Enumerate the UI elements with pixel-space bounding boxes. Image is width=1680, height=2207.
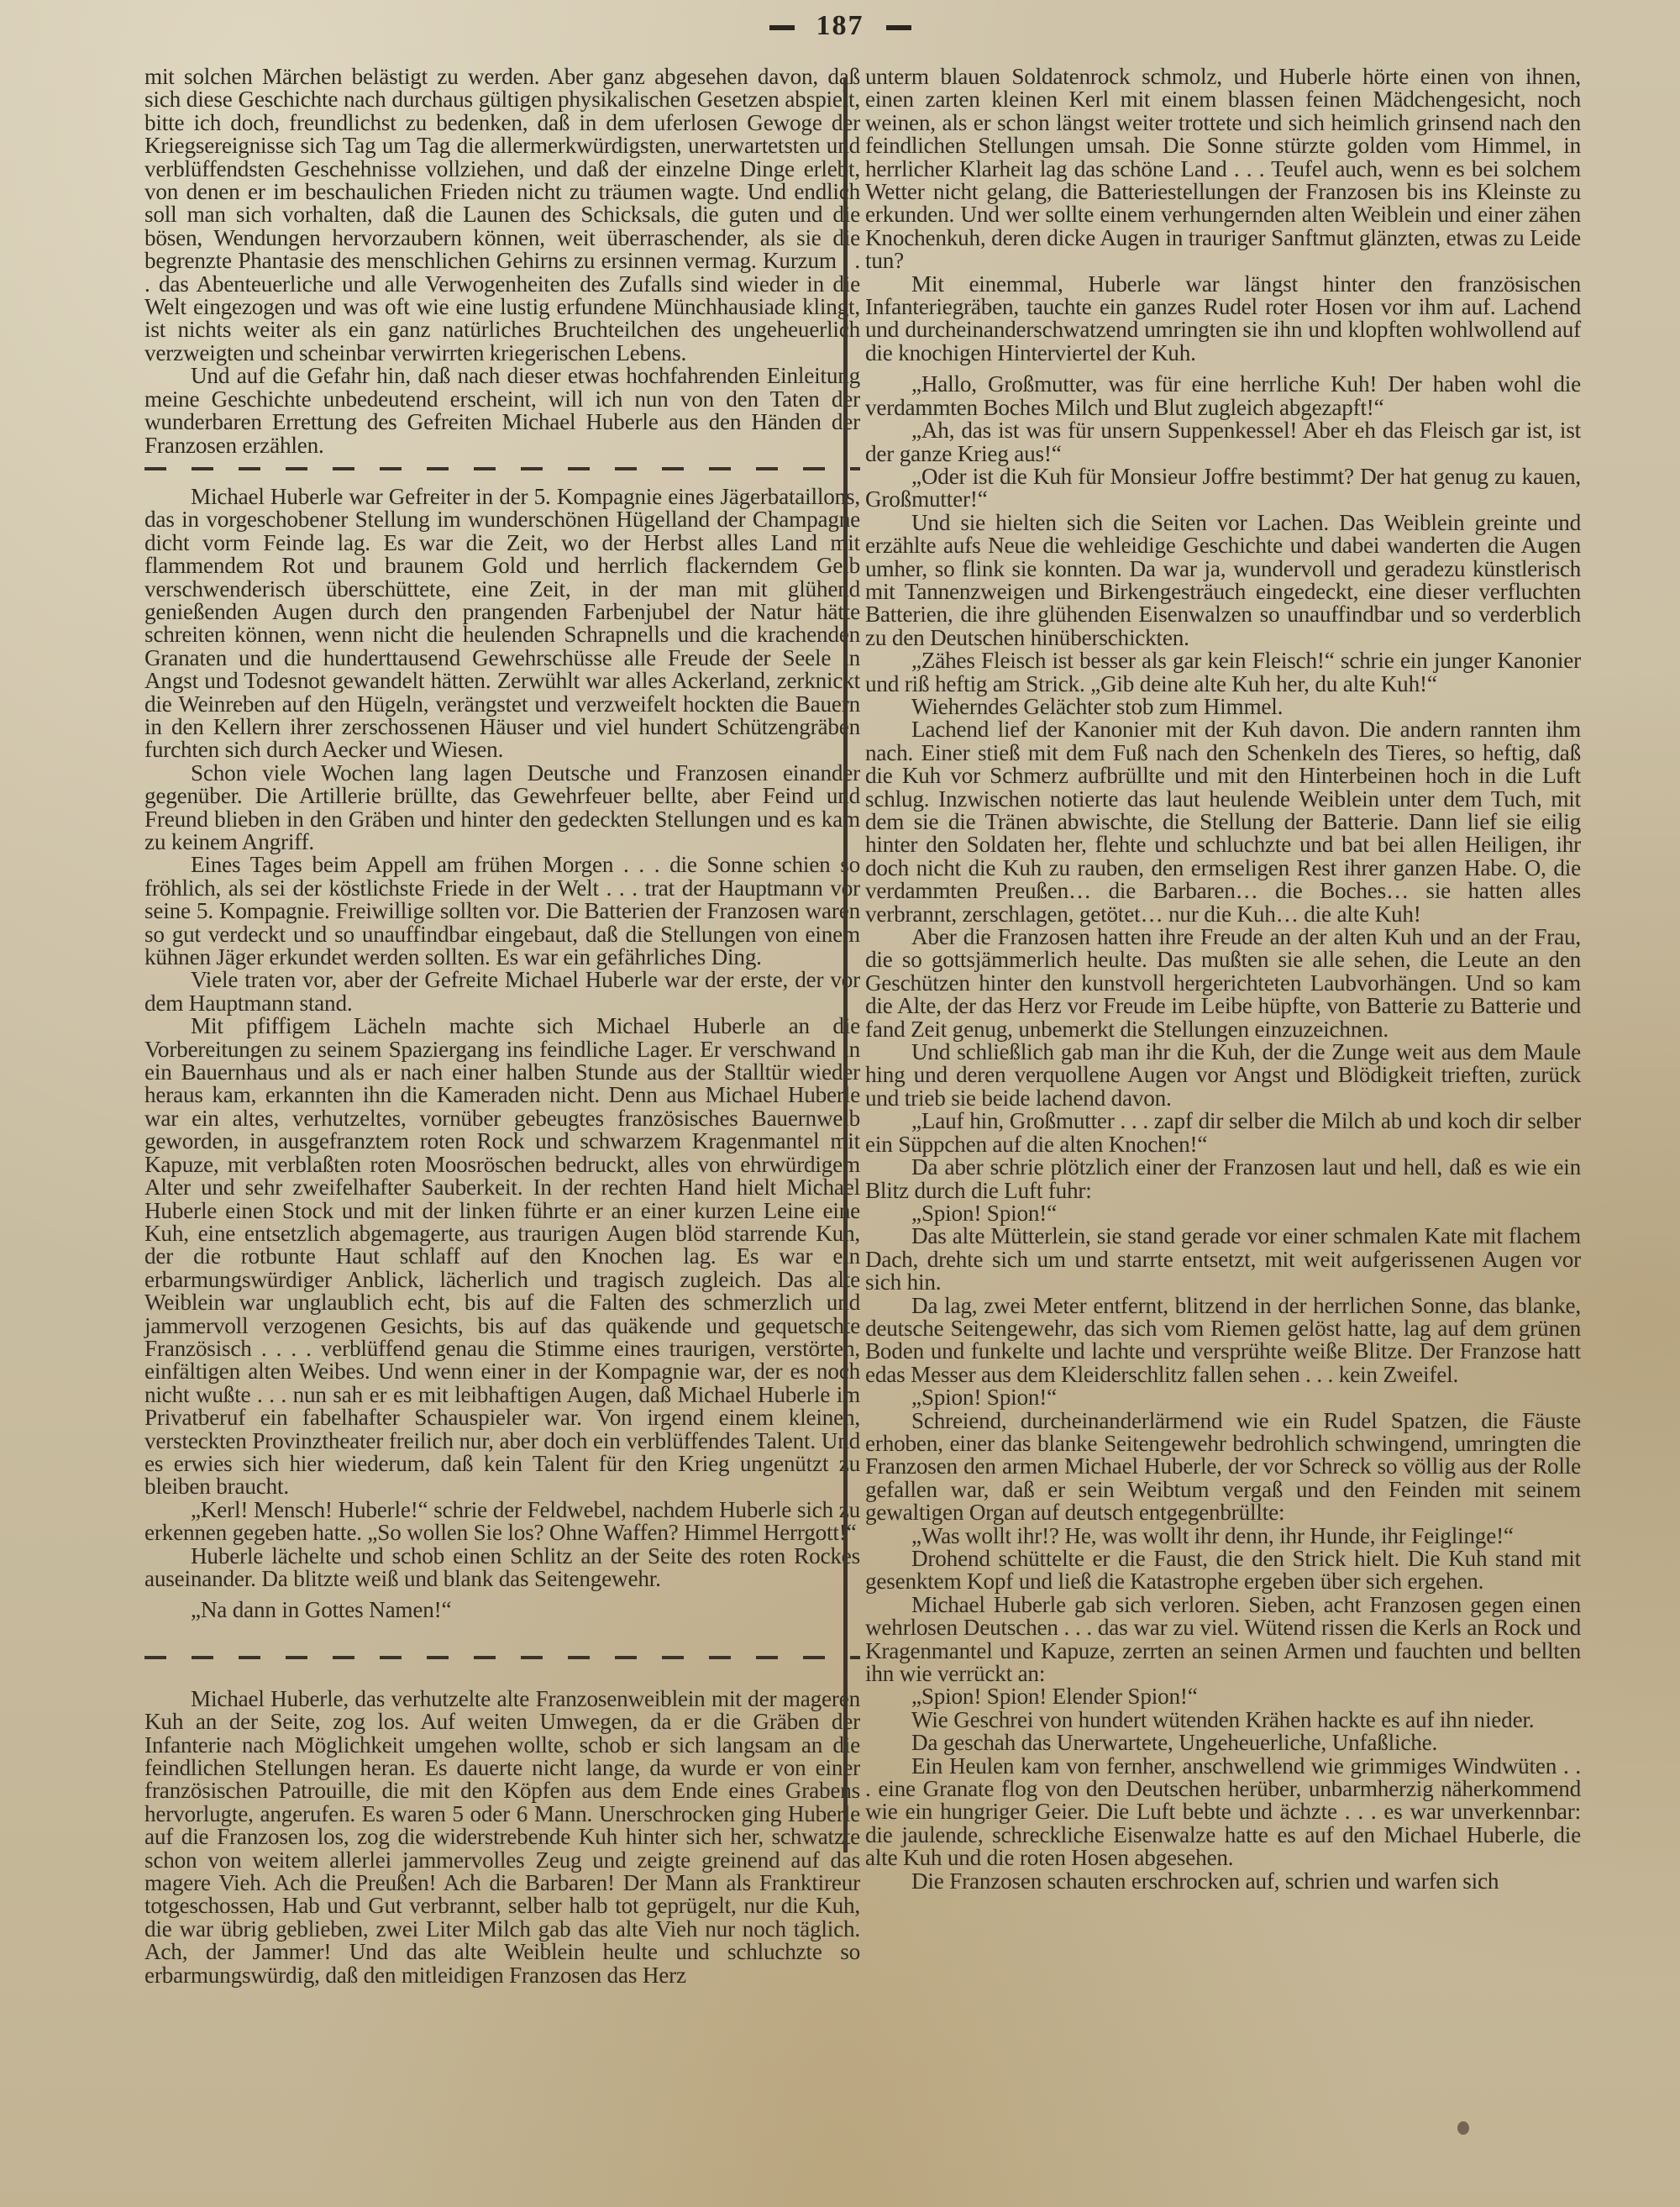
page-number-dash-right [886,25,911,30]
paragraph: Wie Geschrei von hundert wütenden Krähen… [865,1709,1581,1731]
paragraph: „Spion! Spion! Elender Spion!“ [865,1685,1581,1708]
paragraph: Ein Heulen kam von fernher, anschwellend… [865,1755,1581,1870]
page-number-text: 187 [816,10,864,41]
paragraph: „Ah, das ist was für unsern Suppenkessel… [865,419,1581,465]
paragraph: Eines Tages beim Appell am frühen Morgen… [144,854,860,969]
paragraph: Drohend schüttelte er die Faust, die den… [865,1548,1581,1594]
left-column: mit solchen Märchen belästigt zu werden.… [144,66,860,1987]
paragraph: Und sie hielten sich die Seiten vor Lach… [865,512,1581,649]
paragraph: „Spion! Spion!“ [865,1386,1581,1409]
paragraph: „Hallo, Großmutter, was für eine herrlic… [865,373,1581,419]
page-number: 187 [0,10,1680,42]
section-separator [144,1656,860,1659]
section-separator [144,467,860,470]
paragraph: mit solchen Märchen belästigt zu werden.… [144,66,860,365]
right-column: unterm blauen Soldatenrock schmolz, und … [865,66,1581,1893]
paragraph: „Kerl! Mensch! Huberle!“ schrie der Feld… [144,1499,860,1545]
ink-smudge [1457,2121,1469,2135]
paragraph: „Was wollt ihr!? He, was wollt ihr denn,… [865,1525,1581,1548]
paragraph: Michael Huberle gab sich verloren. Siebe… [865,1594,1581,1686]
paragraph: Da aber schrie plötzlich einer der Franz… [865,1156,1581,1202]
paragraph: „Spion! Spion!“ [865,1202,1581,1225]
paragraph: Lachend lief der Kanonier mit der Kuh da… [865,718,1581,926]
paragraph: Michael Huberle, das verhutzelte alte Fr… [144,1688,860,1987]
column-rule [843,77,848,1852]
paragraph: Das alte Mütterlein, sie stand gerade vo… [865,1225,1581,1294]
paragraph: „Lauf hin, Großmutter . . . zapf dir sel… [865,1110,1581,1156]
paragraph: Und schließlich gab man ihr die Kuh, der… [865,1041,1581,1110]
paragraph: Huberle lächelte und schob einen Schlitz… [144,1545,860,1591]
paragraph: „Zähes Fleisch ist besser als gar kein F… [865,649,1581,696]
paragraph: Und auf die Gefahr hin, daß nach dieser … [144,365,860,457]
paragraph: Wieherndes Gelächter stob zum Himmel. [865,696,1581,718]
paragraph: „Oder ist die Kuh für Monsieur Joffre be… [865,465,1581,512]
paragraph: Mit einemmal, Huberle war längst hinter … [865,273,1581,365]
paragraph: Mit pfiffigem Lächeln machte sich Michae… [144,1015,860,1499]
paragraph: Da geschah das Unerwartete, Ungeheuerlic… [865,1731,1581,1754]
paragraph: Da lag, zwei Meter entfernt, blitzend in… [865,1295,1581,1387]
paragraph: unterm blauen Soldatenrock schmolz, und … [865,66,1581,273]
paragraph: Schreiend, durcheinanderlärmend wie ein … [865,1410,1581,1525]
paragraph: Die Franzosen schauten erschrocken auf, … [865,1870,1581,1893]
paragraph: „Na dann in Gottes Namen!“ [144,1599,860,1621]
paragraph: Aber die Franzosen hatten ihre Freude an… [865,926,1581,1041]
paragraph: Michael Huberle war Gefreiter in der 5. … [144,486,860,762]
paragraph: Schon viele Wochen lang lagen Deutsche u… [144,762,860,854]
paragraph: Viele traten vor, aber der Gefreite Mich… [144,969,860,1015]
page-number-dash-left [769,25,795,30]
